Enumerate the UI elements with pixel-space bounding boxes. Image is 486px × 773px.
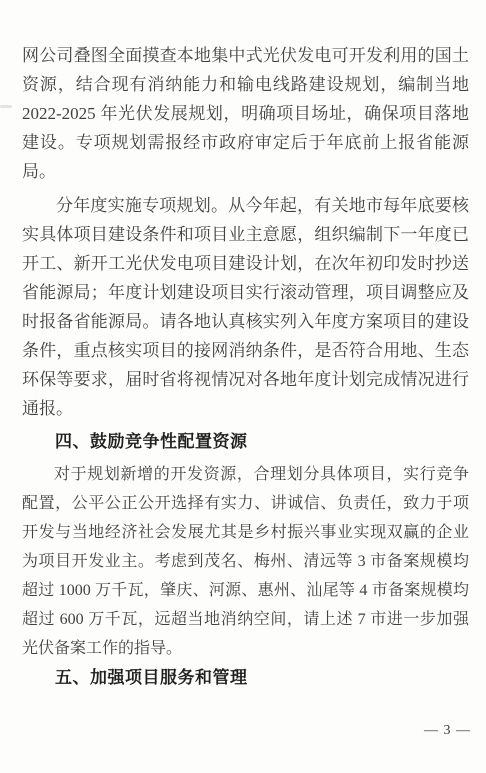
text-line: 网公司叠图全面摸查本地集中式光伏发电可开发利用的国土空间 bbox=[22, 41, 469, 70]
text-line: 通报。 bbox=[22, 394, 469, 423]
text-line: 环保等要求，届时省将视情况对各地年度计划完成情况进行 bbox=[22, 365, 469, 394]
text-line: 开工、新开工光伏发电项目建设计划，在次年初印发时抄送 bbox=[22, 249, 469, 278]
section-heading-5: 五、加强项目服务和管理 bbox=[55, 666, 248, 690]
text-line: 对于规划新增的开发资源，合理划分具体项目，实行竞争性 bbox=[22, 460, 469, 489]
page-number: — 3 — bbox=[424, 722, 471, 740]
text-line: 超过 600 万千瓦，远超当地消纳空间，请上述 7 市进一步加强对 bbox=[22, 605, 469, 634]
text-line: 开发与当地经济社会发展尤其是乡村振兴事业实现双赢的企业作 bbox=[22, 518, 469, 547]
paragraph-annual-plan: 分年度实施专项规划。从今年起，有关地市每年底要核 实具体项目建设条件和项目业主意… bbox=[22, 191, 469, 423]
text-line: 建设。专项规划需报经市政府审定后于年底前上报省能源 bbox=[22, 128, 469, 157]
text-line: 条件，重点核实项目的接网消纳条件，是否符合用地、生态 bbox=[22, 336, 469, 365]
text-line: 分年度实施专项规划。从今年起，有关地市每年底要核 bbox=[22, 191, 469, 220]
scan-artifact bbox=[0, 105, 12, 108]
text-line: 省能源局；年度计划建设项目实行滚动管理，项目调整应及 bbox=[22, 278, 469, 307]
text-line: 时报备省能源局。请各地认真核实列入年度方案项目的建设 bbox=[22, 307, 469, 336]
text-line: 配置，公平公正公开选择有实力、讲诚信、负责任，致力于项目 bbox=[22, 489, 469, 518]
paragraph-continuation: 网公司叠图全面摸查本地集中式光伏发电可开发利用的国土空间 资源，结合现有消纳能力… bbox=[22, 41, 469, 186]
paragraph-competitive-allocation: 对于规划新增的开发资源，合理划分具体项目，实行竞争性 配置，公平公正公开选择有实… bbox=[22, 460, 469, 663]
text-line: 资源，结合现有消纳能力和输电线路建设规划，编制当地 bbox=[22, 70, 469, 99]
section-heading-4: 四、鼓励竞争性配置资源 bbox=[55, 430, 248, 454]
text-line: 为项目开发业主。考虑到茂名、梅州、清远等 3 市备案规模均已 bbox=[22, 547, 469, 576]
text-line: 2022-2025 年光伏发展规划，明确项目场址，确保项目落地 bbox=[22, 99, 469, 128]
text-line: 实具体项目建设条件和项目业主意愿，组织编制下一年度已 bbox=[22, 220, 469, 249]
scanned-document-page: 网公司叠图全面摸查本地集中式光伏发电可开发利用的国土空间 资源，结合现有消纳能力… bbox=[0, 0, 486, 773]
text-line: 局。 bbox=[22, 157, 469, 186]
text-line: 光伏备案工作的指导。 bbox=[22, 634, 469, 663]
text-line: 超过 1000 万千瓦，肇庆、河源、惠州、汕尾等 4 市备案规模均已 bbox=[22, 576, 469, 605]
